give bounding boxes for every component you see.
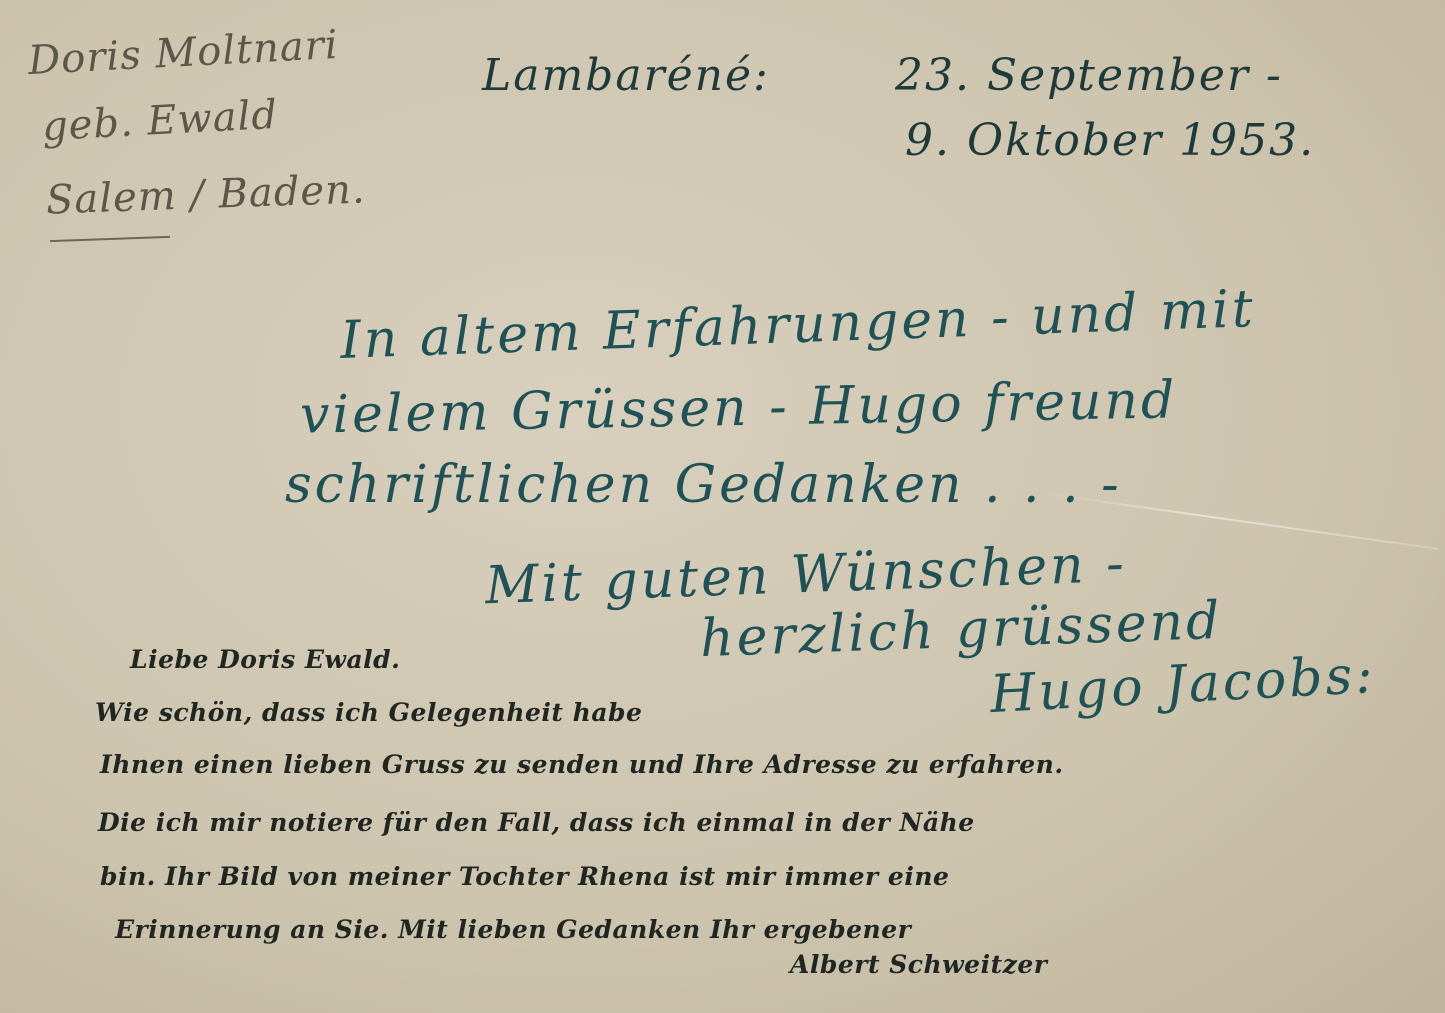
address-underline xyxy=(50,236,170,242)
letter-line-3: Die ich mir notiere für den Fall, dass i… xyxy=(98,808,975,837)
letter-line-1: Wie schön, dass ich Gelegenheit habe xyxy=(95,698,642,727)
letter-salutation: Liebe Doris Ewald. xyxy=(130,645,400,674)
dateline-date-1: 23. September - xyxy=(895,50,1283,101)
letter-signature: Albert Schweitzer xyxy=(790,950,1047,979)
dateline-date-2: 9. Oktober 1953. xyxy=(905,115,1315,166)
postcard: Doris Moltnari geb. Ewald Salem / Baden.… xyxy=(0,0,1445,1013)
dateline-place: Lambaréné: xyxy=(482,50,770,101)
address-line-1: Doris Moltnari xyxy=(27,22,340,84)
letter-line-5: Erinnerung an Sie. Mit lieben Gedanken I… xyxy=(115,915,911,944)
letter-line-4: bin. Ihr Bild von meiner Tochter Rhena i… xyxy=(100,862,949,891)
teal-message-line-1: In altem Erfahrungen - und mit xyxy=(339,279,1256,371)
address-line-2: geb. Ewald xyxy=(41,92,279,150)
teal-message-line-2: vielem Grüssen - Hugo freund xyxy=(300,370,1178,445)
letter-line-2: Ihnen einen lieben Gruss zu senden und I… xyxy=(100,750,1064,779)
teal-message-line-3: schriftlichen Gedanken . . . - xyxy=(285,455,1122,515)
address-line-3: Salem / Baden. xyxy=(45,166,366,223)
